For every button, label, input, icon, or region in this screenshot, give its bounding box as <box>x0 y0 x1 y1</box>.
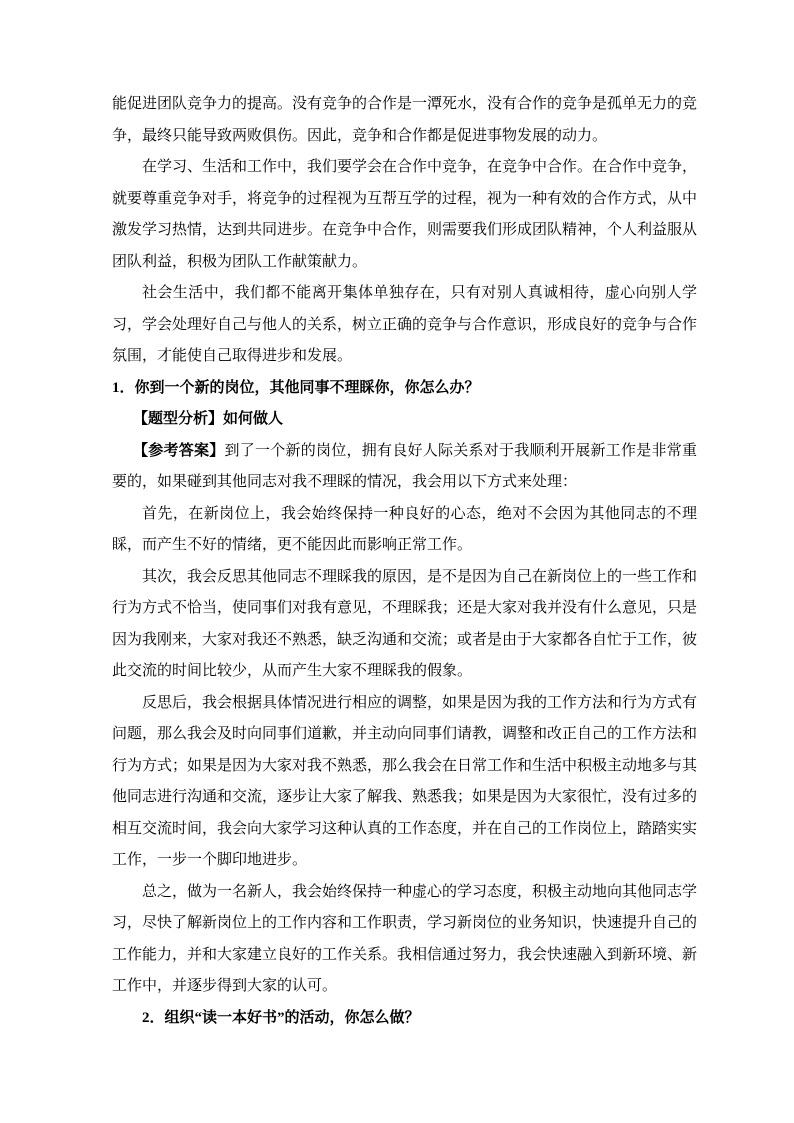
document-page: 能促进团队竞争力的提高。没有竞争的合作是一潭死水，没有合作的竞争是孤单无力的竞争… <box>0 0 794 1123</box>
document-body: 能促进团队竞争力的提高。没有竞争的合作是一潭死水，没有合作的竞争是孤单无力的竞争… <box>112 89 697 1034</box>
paragraph: 社会生活中，我们都不能离开集体单独存在，只有对别人真诚相待，虚心向别人学习，学会… <box>112 278 697 373</box>
question-heading: 1．你到一个新的岗位，其他同事不理睬你，你怎么办？ <box>112 373 697 405</box>
answer-paragraph: 【参考答案】到了一个新的岗位，拥有良好人际关系对于我顺利开展新工作是非常重要的，… <box>112 436 697 499</box>
paragraph: 能促进团队竞争力的提高。没有竞争的合作是一潭死水，没有合作的竞争是孤单无力的竞争… <box>112 89 697 152</box>
paragraph: 在学习、生活和工作中，我们要学会在合作中竞争，在竞争中合作。在合作中竞争，就要尊… <box>112 152 697 278</box>
answer-label: 【参考答案】 <box>133 443 225 459</box>
question-heading: 2．组织“读一本好书”的活动，你怎么做？ <box>112 1003 697 1035</box>
paragraph: 反思后，我会根据具体情况进行相应的调整，如果是因为我的工作方法和行为方式有问题，… <box>112 688 697 877</box>
paragraph: 其次，我会反思其他同志不理睬我的原因，是不是因为自己在新岗位上的一些工作和行为方… <box>112 562 697 688</box>
analysis-heading: 【题型分析】如何做人 <box>112 404 697 436</box>
paragraph: 总之，做为一名新人，我会始终保持一种虚心的学习态度，积极主动地向其他同志学习，尽… <box>112 877 697 1003</box>
paragraph: 首先，在新岗位上，我会始终保持一种良好的心态，绝对不会因为其他同志的不理睬，而产… <box>112 499 697 562</box>
